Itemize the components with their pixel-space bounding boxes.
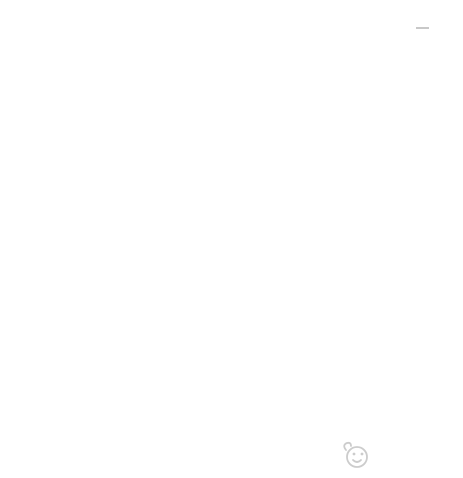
kindergarten-logo-icon <box>336 440 372 470</box>
watermark <box>336 440 376 470</box>
page-title <box>50 6 51 22</box>
row-end-mark-column <box>416 27 429 29</box>
